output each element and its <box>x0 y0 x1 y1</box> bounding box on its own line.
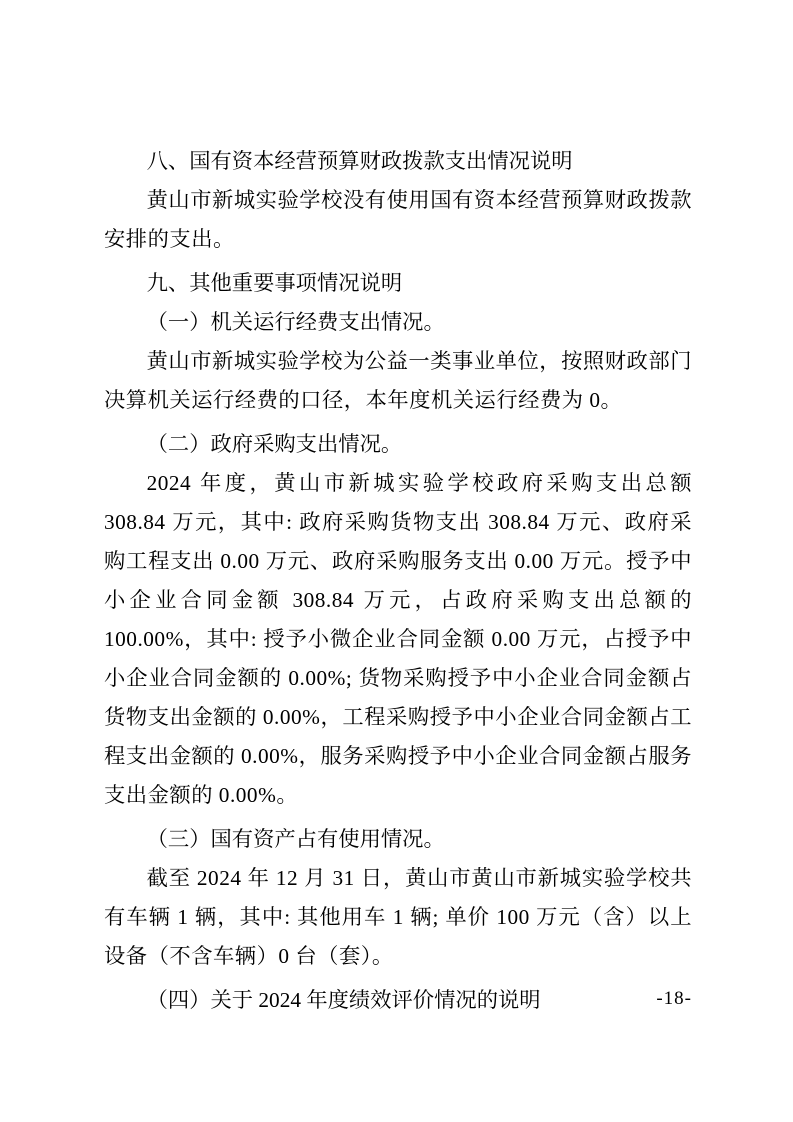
document-body: 八、国有资本经营预算财政拨款支出情况说明 黄山市新城实验学校没有使用国有资本经营… <box>104 142 692 1020</box>
paragraph-state-capital-budget: 黄山市新城实验学校没有使用国有资本经营预算财政拨款安排的支出。 <box>104 181 692 259</box>
section-heading-state-capital-budget: 八、国有资本经营预算财政拨款支出情况说明 <box>104 142 692 181</box>
subheading-government-procurement: （二）政府采购支出情况。 <box>104 425 692 464</box>
paragraph-state-assets-usage: 截至 2024 年 12 月 31 日，黄山市黄山市新城实验学校共有车辆 1 辆… <box>104 859 692 976</box>
paragraph-agency-operating-expenses: 黄山市新城实验学校为公益一类事业单位，按照财政部门决算机关运行经费的口径，本年度… <box>104 342 692 420</box>
page-number: -18- <box>656 988 692 1010</box>
paragraph-government-procurement: 2024 年度，黄山市新城实验学校政府采购支出总额 308.84 万元，其中: … <box>104 464 692 815</box>
document-page: 八、国有资本经营预算财政拨款支出情况说明 黄山市新城实验学校没有使用国有资本经营… <box>0 0 793 1122</box>
subheading-agency-operating-expenses: （一）机关运行经费支出情况。 <box>104 303 692 342</box>
subheading-performance-evaluation-2024: （四）关于 2024 年度绩效评价情况的说明 <box>104 981 692 1020</box>
subheading-state-assets-usage: （三）国有资产占有使用情况。 <box>104 820 692 859</box>
section-heading-other-important-matters: 九、其他重要事项情况说明 <box>104 264 692 303</box>
